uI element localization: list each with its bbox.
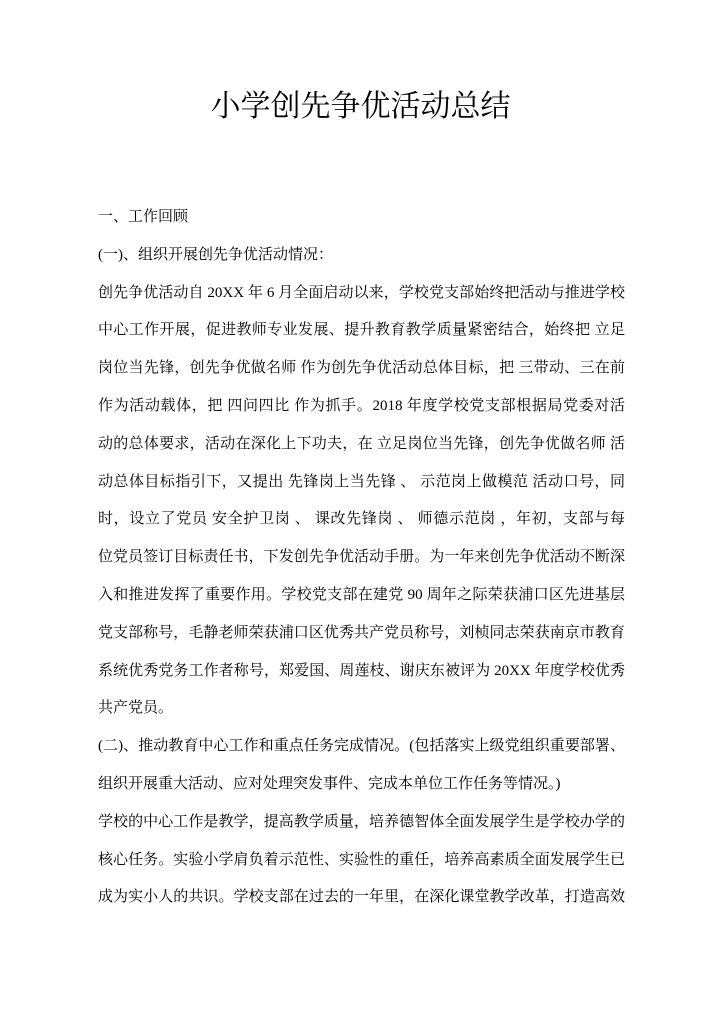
paragraph-line: 位党员签订目标责任书，下发创先争优活动手册。为一年来创先争优活动不断深 xyxy=(98,539,625,577)
paragraph-line: 系统优秀党务工作者称号，郑爱国、周莲枝、谢庆东被评为 20XX 年度学校优秀 xyxy=(98,653,625,691)
subsection-heading-2: (二)、推动教育中心工作和重点任务完成情况。(包括落实上级党组织重要部署、 xyxy=(98,728,625,766)
document-body: 一、工作回顾 (一)、组织开展创先争优活动情况： 创先争优活动自 20XX 年 … xyxy=(98,199,625,917)
paragraph-line: 时，设立了党员 安全护卫岗 、 课改先锋岗 、 师德示范岗 ，年初，支部与每 xyxy=(98,501,625,539)
document-page: 小学创先争优活动总结 一、工作回顾 (一)、组织开展创先争优活动情况： 创先争优… xyxy=(0,0,721,1020)
paragraph-line: 创先争优活动自 20XX 年 6 月全面启动以来，学校党支部始终把活动与推进学校 xyxy=(98,275,625,313)
paragraph-line: 中心工作开展，促进教师专业发展、提升教育教学质量紧密结合，始终把 立足 xyxy=(98,312,625,350)
paragraph-line: 入和推进发挥了重要作用。学校党支部在建党 90 周年之际荣获浦口区先进基层 xyxy=(98,577,625,615)
paragraph-line: 动的总体要求，活动在深化上下功夫，在 立足岗位当先锋，创先争优做名师 活 xyxy=(98,426,625,464)
paragraph-line: 核心任务。实验小学肩负着示范性、实验性的重任，培养高素质全面发展学生已 xyxy=(98,842,625,880)
paragraph-line: 动总体目标指引下，又提出 先锋岗上当先锋 、 示范岗上做模范 活动口号，同 xyxy=(98,464,625,502)
paragraph-line: 作为活动载体，把 四问四比 作为抓手。2018 年度学校党支部根据局党委对活 xyxy=(98,388,625,426)
paragraph-line: 岗位当先锋，创先争优做名师 作为创先争优活动总体目标，把 三带动、三在前 xyxy=(98,350,625,388)
paragraph-line-end: 共产党员。 xyxy=(98,690,625,728)
subsection-heading-1: (一)、组织开展创先争优活动情况： xyxy=(98,237,625,275)
subsection-heading-2-end: 组织开展重大活动、应对处理突发事件、完成本单位工作任务等情况。) xyxy=(98,766,625,804)
document-title: 小学创先争优活动总结 xyxy=(0,86,721,128)
paragraph-line: 党支部称号，毛静老师荣获浦口区优秀共产党员称号，刘桢同志荣获南京市教育 xyxy=(98,615,625,653)
paragraph-line: 学校的中心工作是教学，提高教学质量，培养德智体全面发展学生是学校办学的 xyxy=(98,804,625,842)
paragraph-line: 成为实小人的共识。学校支部在过去的一年里，在深化课堂教学改革，打造高效 xyxy=(98,879,625,917)
section-heading: 一、工作回顾 xyxy=(98,199,625,237)
